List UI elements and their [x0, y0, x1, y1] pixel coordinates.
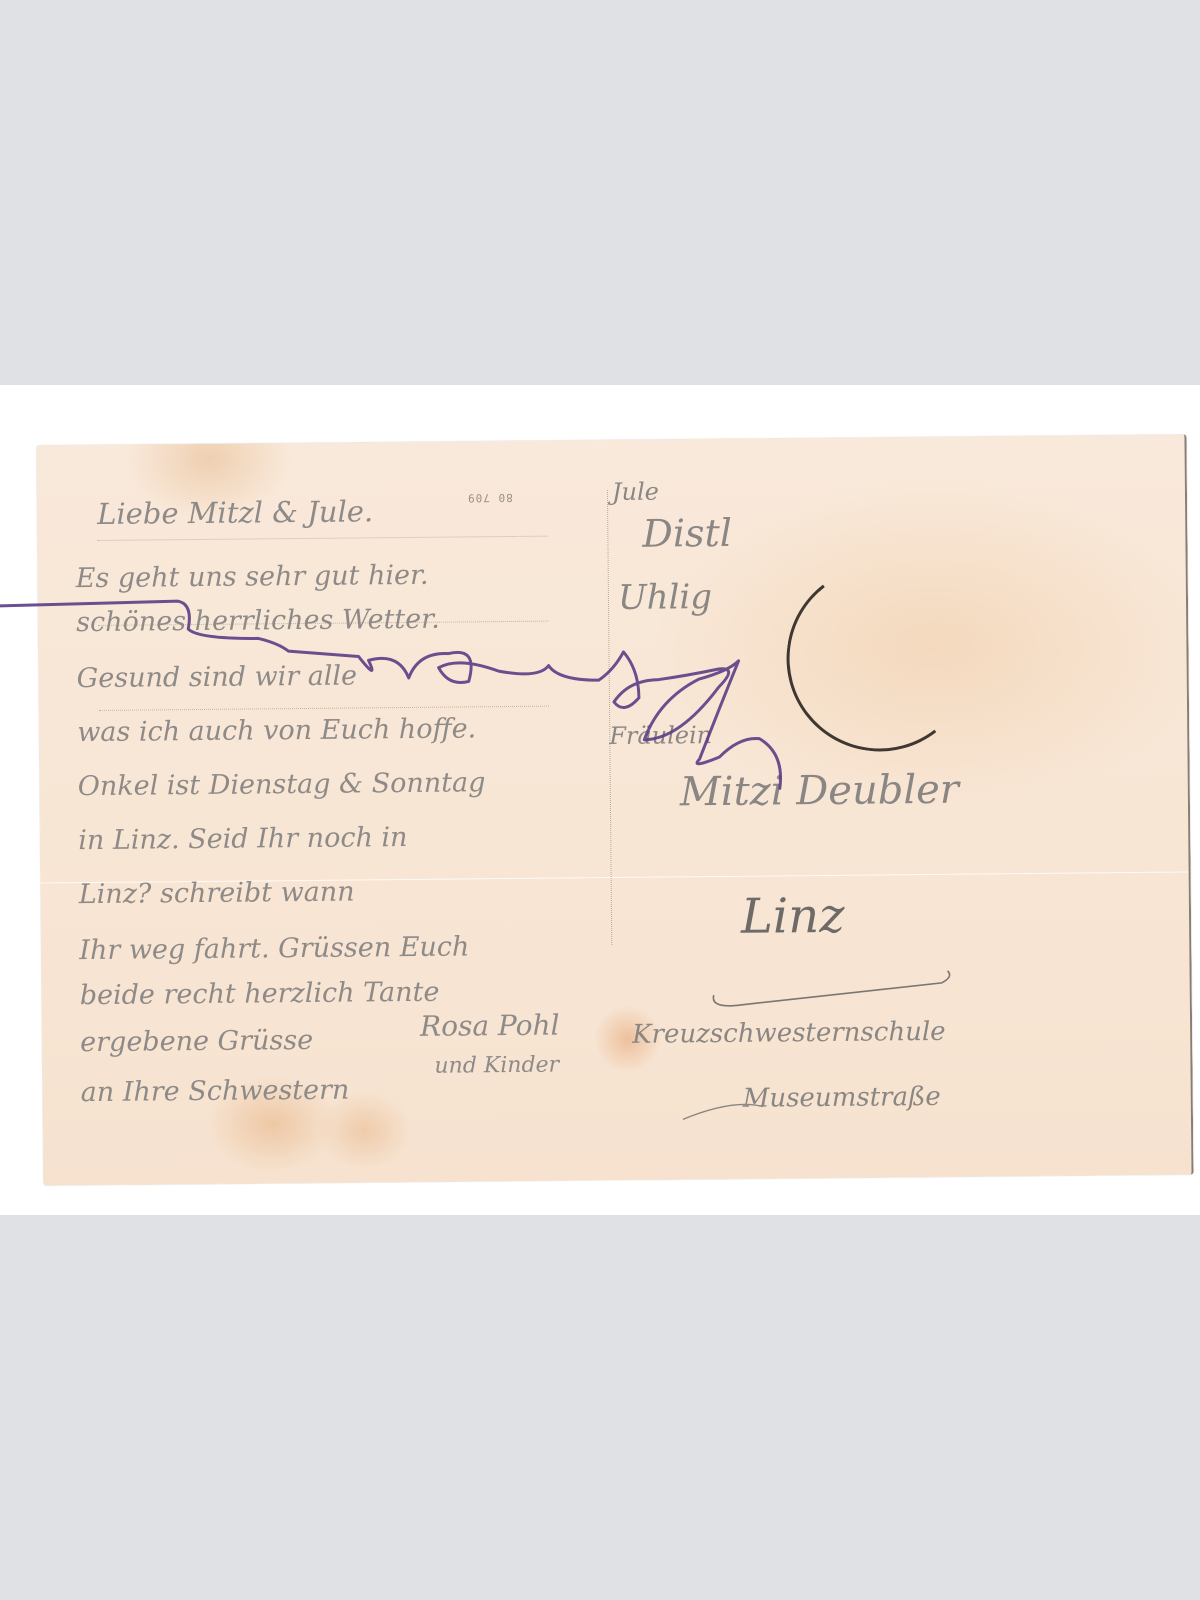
- purple-scribble-icon: [36, 435, 1191, 1186]
- postcard: 80 709 Liebe Mitzl & Jule. Es geht uns s…: [36, 434, 1193, 1185]
